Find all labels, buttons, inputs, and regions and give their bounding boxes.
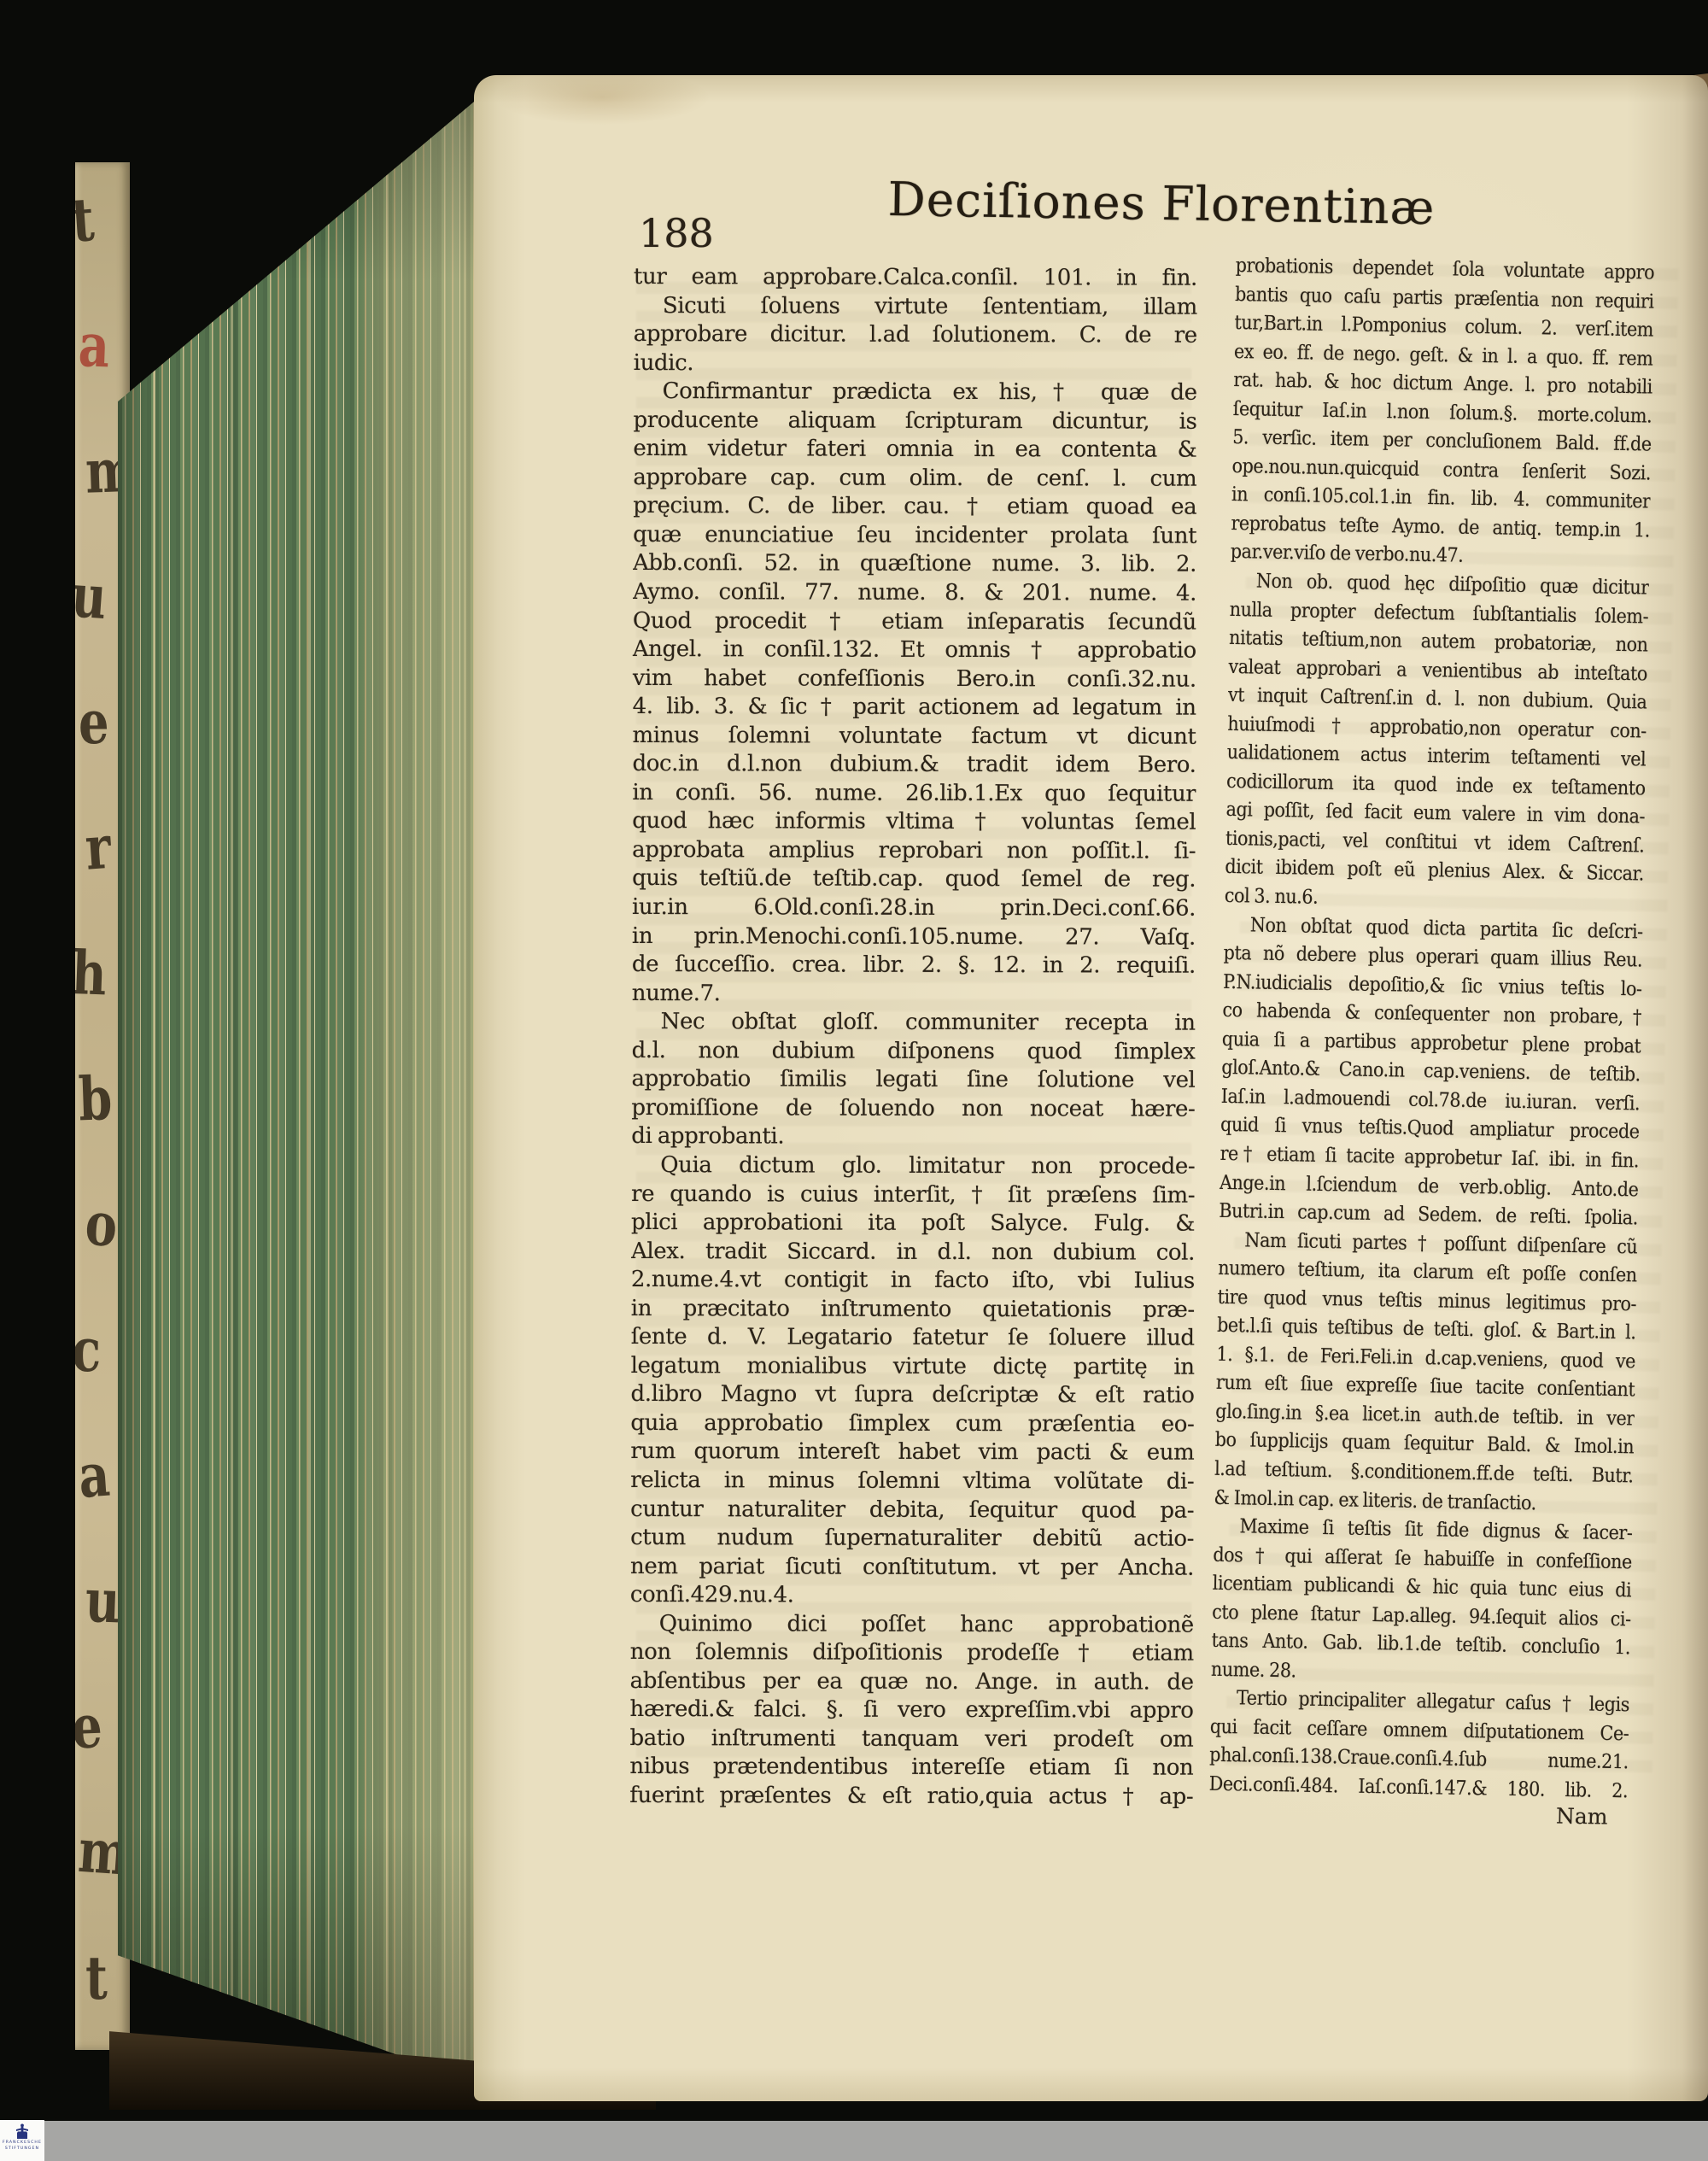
text-line: Nec obſtat gloſſ. communiter recepta in bbox=[632, 1008, 1196, 1038]
text-line: in præcitato inſtrumento quietationis pr… bbox=[631, 1295, 1195, 1325]
manuscript-glyph: b bbox=[78, 1069, 114, 1129]
franckesche-stiftungen-logo-icon bbox=[14, 2123, 31, 2140]
text-line: 25pręcium. C. de liber. cau. † etiam quo… bbox=[633, 492, 1196, 522]
text-line: batio inſtrumenti tanquam veri prodeſt o… bbox=[629, 1725, 1193, 1754]
text-line: approbatio ſimilis legati ſine ſolutione… bbox=[631, 1065, 1195, 1095]
manuscript-glyph: h bbox=[75, 943, 108, 1004]
text-line: minus ſolemni voluntate factum vt dicunt bbox=[633, 722, 1196, 752]
text-line: d.libro Magno vt ſupra deſcriptæ & eſt r… bbox=[630, 1380, 1194, 1410]
manuscript-glyph: e bbox=[79, 693, 109, 753]
text-line: iur.in 6.Old.conſi.28.in prin.Deci.conſ.… bbox=[632, 893, 1196, 923]
fore-edge-page-stack bbox=[118, 79, 518, 2110]
text-column-left: tur eam approbare.Calca.conſil. 101. in … bbox=[629, 263, 1197, 1812]
text-line: nem pariat ſicuti conſtitutum. vt per An… bbox=[630, 1553, 1194, 1583]
running-title: Deciſiones Florentinæ bbox=[854, 171, 1470, 235]
text-line: enim videtur fateri omnia in ea contenta… bbox=[633, 435, 1196, 465]
text-line: de ſucceſſio. crea. libr. 2. §. 12. in 2… bbox=[632, 951, 1196, 981]
catchword: Nam bbox=[1556, 1803, 1608, 1829]
manuscript-glyph: u bbox=[85, 1571, 121, 1631]
stamp-text-line1: FRANCKESCHE bbox=[3, 2140, 42, 2146]
text-line: di approbanti. bbox=[631, 1122, 1195, 1152]
text-line: Alex. tradit Siccard. in d.l. non dubium… bbox=[631, 1238, 1195, 1268]
text-line: quæ enunciatiue ſeu incidenter prolata ſ… bbox=[633, 521, 1196, 551]
manuscript-glyph: c bbox=[75, 1321, 101, 1380]
text-line: producente aliquam ſcripturam dicuntur, … bbox=[633, 407, 1196, 436]
scan-footer-bar bbox=[0, 2121, 1708, 2161]
text-line: approbata amplius reprobari non poſſit.l… bbox=[632, 836, 1196, 866]
text-line: 29quod hæc informis vltima † voluntas ſe… bbox=[632, 807, 1196, 837]
text-line: ſente d. V. Legatario fatetur ſe ſoluere… bbox=[631, 1323, 1195, 1353]
text-line: relicta in minus ſolemni vltima volũtate… bbox=[630, 1467, 1194, 1496]
text-line: nume.7. bbox=[632, 980, 1196, 1010]
text-line: rum quorum intereſt habet vim pacti & eu… bbox=[630, 1438, 1194, 1467]
text-line: hæredi.& falci. §. ſi vero expreſſim.vbi… bbox=[630, 1695, 1194, 1725]
manuscript-glyph: a bbox=[77, 1445, 112, 1507]
text-line: ctum nudum ſupernaturaliter debitũ actio… bbox=[630, 1524, 1194, 1554]
text-line: Abb.conſi. 52. in quæſtione nume. 3. lib… bbox=[633, 549, 1196, 579]
text-line: 32fuerint præſentes & eſt ratio,quia act… bbox=[629, 1782, 1193, 1812]
text-line: approbare cap. cum olim. de cenſ. l. cum bbox=[633, 464, 1196, 494]
text-line: abſentibus per ea quæ no. Ange. in auth.… bbox=[630, 1667, 1194, 1697]
page-number: 188 bbox=[639, 210, 714, 256]
text-line: plici approbationi ita poſt Salyce. Fulg… bbox=[631, 1209, 1195, 1239]
text-line: quis teſtiũ.de teſtib.cap. quod ſemel de… bbox=[632, 864, 1196, 894]
text-line: legatum monialibus virtute dictę partitę… bbox=[631, 1352, 1195, 1382]
text-line: 2.nume.4.vt contigit in facto iſto, vbi … bbox=[631, 1266, 1195, 1296]
text-line: doc.in d.l.non dubium.& tradit idem Bero… bbox=[632, 750, 1196, 780]
text-line: Aymo. conſil. 77. nume. 8. & 201. nume. … bbox=[633, 578, 1196, 608]
manuscript-glyph: r bbox=[84, 817, 113, 879]
text-line: iudic. bbox=[634, 349, 1197, 379]
text-line: nibus prætendentibus intereſſe etiam ſi … bbox=[629, 1753, 1193, 1783]
text-line: tur eam approbare.Calca.conſil. 101. in … bbox=[634, 263, 1197, 293]
manuscript-glyph: e bbox=[75, 1696, 103, 1757]
library-stamp: FRANCKESCHE STIFTUNGEN bbox=[0, 2120, 44, 2161]
text-line: 30re quando is cuius interſit, † ſit præ… bbox=[631, 1180, 1195, 1209]
text-line: cuntur naturaliter debita, ſequitur quod… bbox=[630, 1496, 1194, 1526]
text-column-right: probationis dependet ſola voluntate appr… bbox=[1208, 252, 1654, 1807]
text-line: Sicuti ſoluens virtute ſententiam, illam bbox=[634, 292, 1197, 322]
manuscript-glyph: t bbox=[85, 1948, 108, 2008]
text-line: in prin.Menochi.conſi.105.nume. 27. Vaſq… bbox=[632, 922, 1196, 952]
stamp-text-line2: STIFTUNGEN bbox=[5, 2146, 39, 2152]
manuscript-glyph: o bbox=[84, 1194, 120, 1256]
text-line: vim habet confeſſionis Bero.in conſi.32.… bbox=[633, 665, 1196, 694]
book-scan: tamuerhbocauemt 188 Deciſiones Florentin… bbox=[0, 0, 1708, 2161]
text-line: 27Angel. in conſil.132. Et omnis † appro… bbox=[633, 635, 1196, 665]
manuscript-glyph: t bbox=[75, 190, 96, 251]
text-line: in conſi. 56. nume. 26.lib.1.Ex quo ſequ… bbox=[632, 779, 1196, 809]
manuscript-glyph: a bbox=[78, 315, 111, 376]
text-line: quia approbatio ſimplex cum præſentia eo… bbox=[630, 1409, 1194, 1439]
text-line: 284. lib. 3. & ſic † parit actionem ad l… bbox=[633, 693, 1196, 723]
text-line: 26Quod procedit † etiam inſeparatis ſecu… bbox=[633, 607, 1196, 637]
manuscript-glyph: u bbox=[75, 566, 108, 629]
text-line: promiſſione de ſoluendo non noceat hære- bbox=[631, 1094, 1195, 1124]
text-line: Quia dictum glo. limitatur non procede- bbox=[631, 1151, 1195, 1181]
text-line: d.l. non dubium diſponens quod ſimplex bbox=[632, 1037, 1196, 1067]
text-line: Quinimo dici poſſet hanc approbationẽ bbox=[630, 1610, 1194, 1640]
text-line: approbare dicitur. l.ad ſolutionem. C. d… bbox=[634, 320, 1197, 350]
text-line: 24Confirmantur prædicta ex his,† quæ de bbox=[634, 378, 1197, 407]
text-line: 31non ſolemnis diſpoſitionis prodeſſe† e… bbox=[630, 1638, 1194, 1668]
text-line: conſi.429.nu.4. bbox=[630, 1581, 1194, 1611]
